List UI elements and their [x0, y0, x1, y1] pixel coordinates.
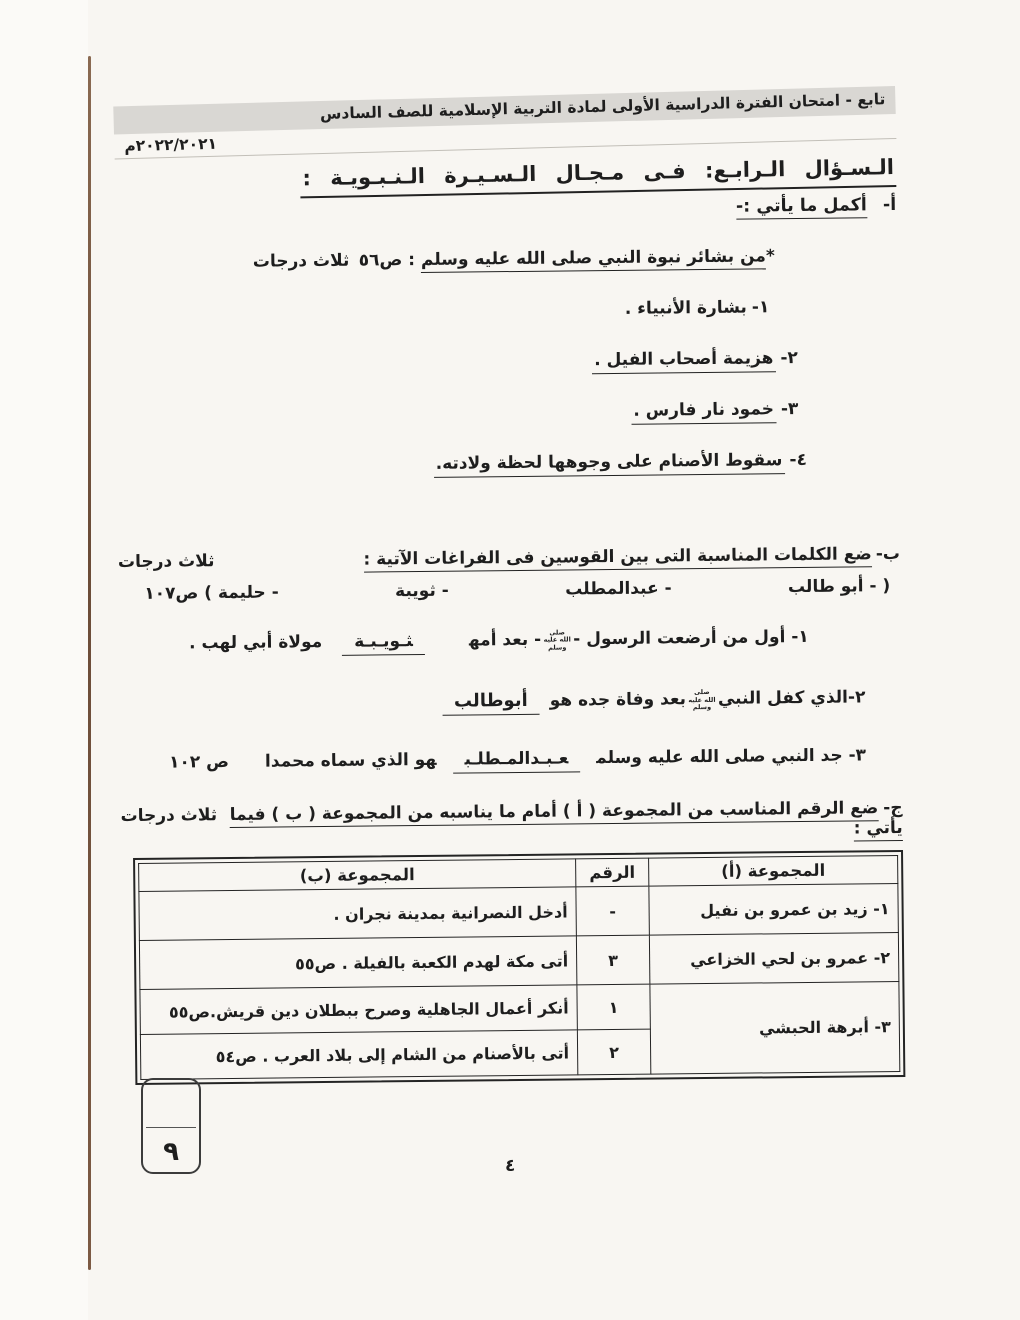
- answer-number: ٣-: [781, 399, 799, 419]
- item-text-mid: - بعد أمه: [469, 629, 541, 650]
- matching-table-wrapper: المجموعة (أ) الرقم المجموعة (ب) ١- زيد ب…: [133, 850, 905, 1085]
- item-text-mid: بعد وفاة جده هو: [550, 689, 686, 710]
- exam-content: تابع - امتحان الفترة الدراسية الأولى لما…: [113, 86, 905, 1085]
- exam-header: تابع - امتحان الفترة الدراسية الأولى لما…: [113, 86, 896, 160]
- prompt-text: من بشائر نبوة النبي صلى الله عليه وسلم: [421, 247, 766, 274]
- section-c-heading: ج-ضع الرقم المناسب من المجموعة ( أ ) أما…: [217, 798, 903, 845]
- section-b-heading: ب-ضع الكلمات المناسبة التى بين القوسين ف…: [363, 544, 900, 570]
- group-b-cell: أتى مكة لهدم الكعبة بالفيلة . ص٥٥: [139, 936, 576, 990]
- section-c-label: ضع الرقم المناسب من المجموعة ( أ ) أمام …: [230, 798, 903, 841]
- section-b-label: ضع الكلمات المناسبة التى بين القوسين فى …: [363, 544, 872, 572]
- pbuh-ligature: صلى الله عليه وسلم: [688, 689, 716, 712]
- fill-blank-item: ٣- جد النبي صلى الله عليه وسلمعـبـدالمـط…: [120, 743, 866, 776]
- group-a-cell: ٣- أبرهة الحبشي: [650, 982, 900, 1075]
- section-a-prompt: *من بشائر نبوة النبي صلى الله عليه وسلم …: [359, 247, 775, 271]
- group-b-cell: أنكر أعمال الجاهلية وصرح ببطلان دين قريش…: [140, 985, 577, 1035]
- prompt-page-ref: : ص٥٦: [359, 250, 416, 271]
- prompt-asterisk: *: [766, 247, 775, 267]
- answer-number: ٢-: [780, 348, 798, 368]
- item-text-pre: ١- أول من أرضعت الرسول -: [573, 626, 809, 648]
- group-b-cell: أدخل النصرانية بمدينة نجران .: [139, 887, 576, 941]
- page-reference: ص ١٠٢: [169, 752, 229, 773]
- fill-blank-item: ١- أول من أرضعت الرسول -صلى الله عليه وس…: [119, 624, 809, 657]
- section-a-prompt-row: *من بشائر نبوة النبي صلى الله عليه وسلم …: [115, 245, 897, 273]
- section-b-prefix: ب-: [876, 544, 900, 564]
- item-text-post: مولاة أبي لهب .: [189, 632, 322, 653]
- word-bank-item: - حليمة ) ص١٠٧: [144, 582, 279, 603]
- section-b-marks: ثلاث درجات: [118, 551, 215, 572]
- item-text-pre: ٢-الذي كفل النبي: [718, 687, 866, 709]
- answer-item: ٢-هزيمة أصحاب الفيل .: [116, 347, 798, 378]
- answer-item: ٤-سقوط الأصنام على وجوهها لحظة ولادته.: [117, 449, 807, 480]
- word-bank: ( - أبو طالب - عبدالمطلب - ثويبة - حليمة…: [118, 576, 900, 604]
- pbuh-ligature: صلى الله عليه وسلم: [543, 629, 571, 652]
- table-row: ٣- أبرهة الحبشي ١ أنكر أعمال الجاهلية وص…: [140, 982, 899, 1035]
- answer-text: هزيمة أصحاب الفيل .: [592, 348, 775, 374]
- number-cell: -: [576, 886, 650, 936]
- answer-number: ١-: [752, 298, 770, 318]
- score-box: ٩: [141, 1078, 201, 1174]
- section-c-heading-row: ج-ضع الرقم المناسب من المجموعة ( أ ) أما…: [120, 798, 902, 846]
- answer-item: ١-بشارة الأنبياء .: [115, 297, 769, 328]
- number-cell: ٣: [576, 935, 650, 985]
- section-b-heading-row: ب-ضع الكلمات المناسبة التى بين القوسين ف…: [118, 544, 900, 572]
- question-title: الـسـؤال الـرابـع: فـى مـجـال الـسـيـرة …: [300, 155, 896, 198]
- answer-text: بشارة الأنبياء .: [625, 298, 747, 319]
- score-value: ٩: [143, 1137, 199, 1167]
- section-c-prefix: ج-: [883, 798, 903, 818]
- section-a-label: أكمل ما يأتي :-: [736, 196, 867, 220]
- answer-number: ٤-: [789, 450, 807, 470]
- group-b-cell: أتى بالأصنام من الشام إلى بلاد العرب . ص…: [140, 1030, 577, 1080]
- table-row: ١- زيد بن عمرو بن نفيل - أدخل النصرانية …: [139, 884, 898, 941]
- page-number: ٤: [505, 1156, 515, 1176]
- scanned-exam-page: تابع - امتحان الفترة الدراسية الأولى لما…: [0, 0, 1020, 1320]
- number-cell: ٢: [577, 1029, 650, 1075]
- section-a-prefix: أ-: [883, 195, 896, 215]
- number-cell: ١: [577, 984, 650, 1030]
- table-row: ٢- عمرو بن لحي الخزاعي ٣ أتى مكة لهدم ال…: [139, 933, 898, 990]
- fill-blank-item: ٢-الذي كفل النبيصلى الله عليه وسلمبعد وف…: [119, 683, 865, 718]
- word-bank-item: - ثويبة: [395, 580, 449, 601]
- word-bank-item: - عبدالمطلب: [565, 578, 672, 599]
- scan-left-margin: [0, 0, 88, 1320]
- section-c-marks: ثلاث درجات: [120, 805, 217, 826]
- item-text-post: هو الذي سماه محمدا: [265, 749, 437, 771]
- column-header-group-a: المجموعة (أ): [649, 856, 898, 887]
- word-bank-item: ( - أبو طالب: [788, 576, 890, 597]
- answer-text: سقوط الأصنام على وجوهها لحظة ولادته.: [434, 450, 785, 478]
- matching-table: المجموعة (أ) الرقم المجموعة (ب) ١- زيد ب…: [138, 855, 900, 1080]
- group-a-cell: ٢- عمرو بن لحي الخزاعي: [649, 933, 898, 985]
- section-a-marks: ثلاث درجات: [253, 251, 350, 272]
- column-header-number: الرقم: [576, 858, 649, 887]
- filled-answer: عـبـدالمـطلـب: [452, 748, 580, 773]
- filled-answer: أبوطالب: [442, 690, 540, 716]
- filled-answer: ثـويـبـة: [342, 631, 425, 656]
- scan-edge-line: [88, 56, 91, 1270]
- group-a-cell: ١- زيد بن عمرو بن نفيل: [649, 884, 898, 936]
- score-box-divider: [146, 1127, 196, 1128]
- question-title-row: الـسـؤال الـرابـع: فـى مـجـال الـسـيـرة …: [114, 155, 896, 194]
- answer-text: خمود نار فارس .: [631, 399, 776, 425]
- item-text-pre: ٣- جد النبي صلى الله عليه وسلم: [596, 745, 866, 768]
- section-a-heading: أ- أكمل ما يأتي :-: [114, 195, 896, 223]
- answer-item: ٣-خمود نار فارس .: [116, 398, 798, 429]
